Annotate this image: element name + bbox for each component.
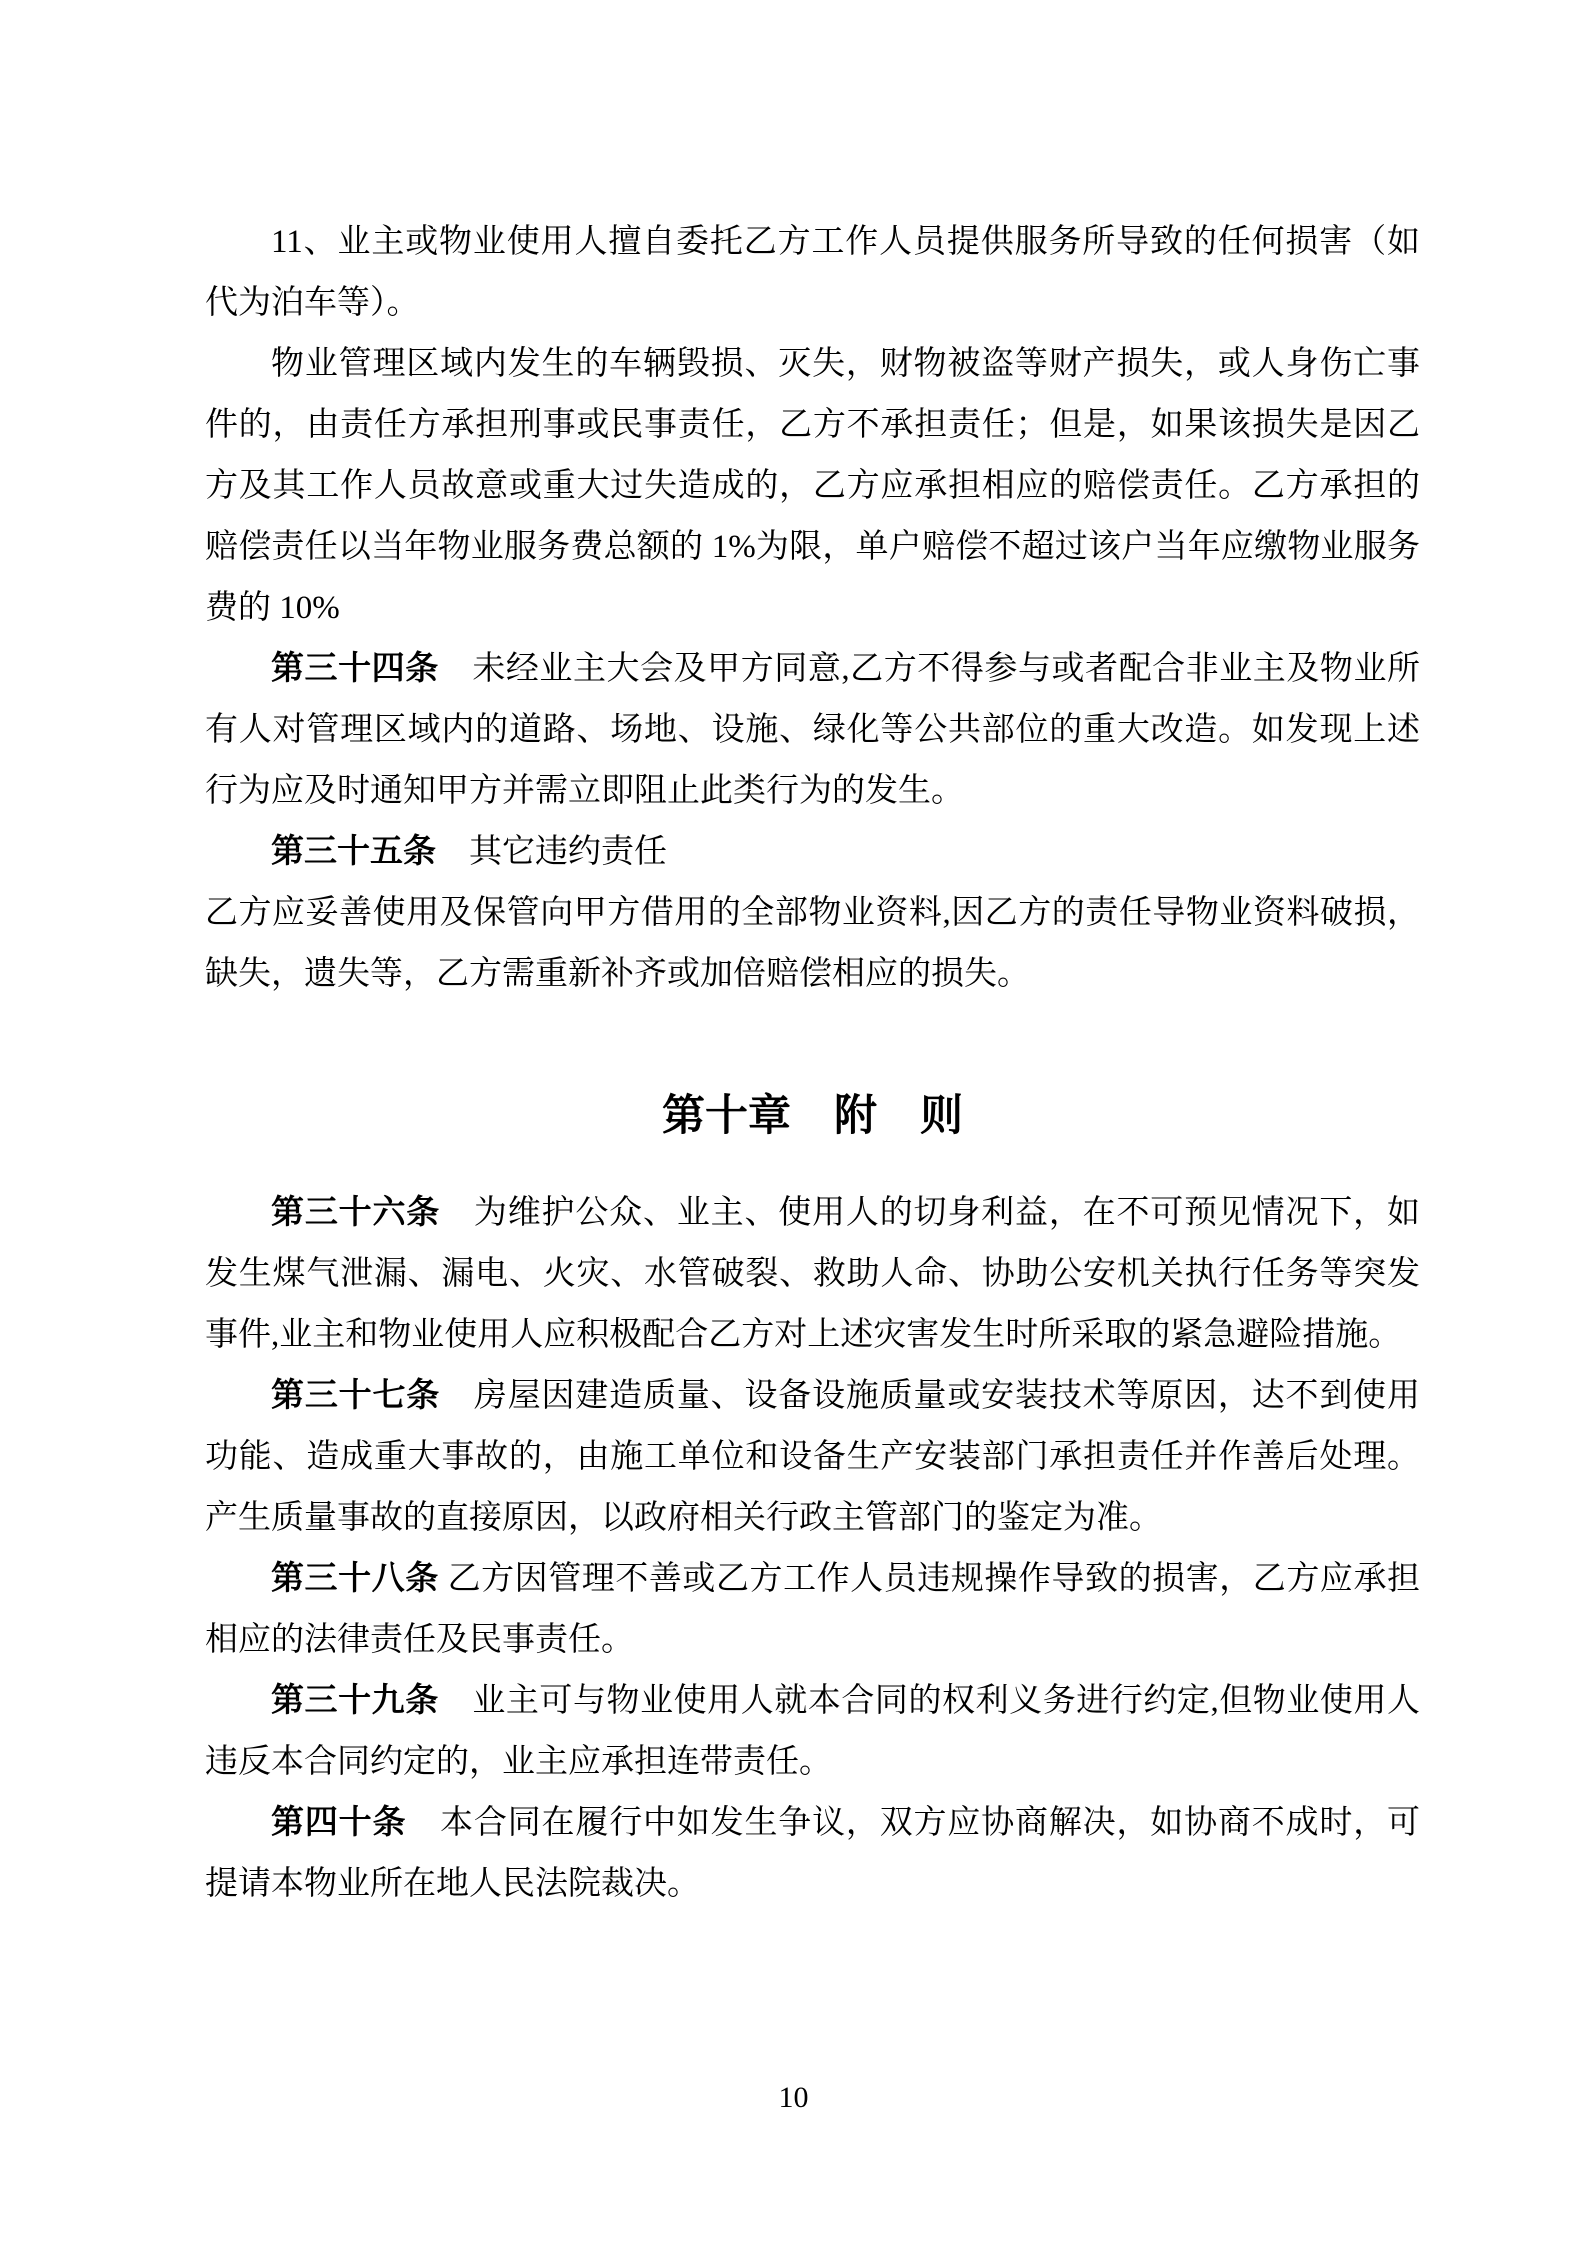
article-37-label: 第三十七条 bbox=[271, 1378, 440, 1414]
page-number: 10 bbox=[0, 2078, 1587, 2118]
article-39-label: 第三十九条 bbox=[271, 1683, 439, 1719]
article-38: 第三十八条 乙方因管理不善或乙方工作人员违规操作导致的损害，乙方应承担相应的法律… bbox=[205, 1549, 1420, 1671]
article-40-label: 第四十条 bbox=[271, 1805, 406, 1841]
article-34: 第三十四条 未经业主大会及甲方同意,乙方不得参与或者配合非业主及物业所有人对管理… bbox=[205, 639, 1420, 822]
article-37: 第三十七条 房屋因建造质量、设备设施质量或安装技术等原因，达不到使用功能、造成重… bbox=[205, 1366, 1420, 1549]
article-35-text: 其它违约责任 bbox=[436, 834, 667, 870]
article-39: 第三十九条 业主可与物业使用人就本合同的权利义务进行约定,但物业使用人违反本合同… bbox=[205, 1671, 1420, 1793]
document-page: 11、业主或物业使用人擅自委托乙方工作人员提供服务所导致的任何损害（如代为泊车等… bbox=[0, 0, 1587, 2245]
article-34-label: 第三十四条 bbox=[271, 651, 439, 687]
article-38-label: 第三十八条 bbox=[271, 1561, 439, 1597]
chapter-10-heading: 第十章 附 则 bbox=[205, 1081, 1420, 1153]
article-35: 第三十五条 其它违约责任 bbox=[205, 822, 1420, 883]
article-40: 第四十条 本合同在履行中如发生争议，双方应协商解决，如协商不成时，可提请本物业所… bbox=[205, 1793, 1420, 1915]
article-36-label: 第三十六条 bbox=[271, 1195, 440, 1231]
vehicle-liability-paragraph: 物业管理区域内发生的车辆毁损、灭失，财物被盗等财产损失，或人身伤亡事件的，由责任… bbox=[205, 334, 1420, 639]
materials-paragraph: 乙方应妥善使用及保管向甲方借用的全部物业资料,因乙方的责任导物业资料破损，缺失，… bbox=[205, 883, 1420, 1005]
contract-body: 11、业主或物业使用人擅自委托乙方工作人员提供服务所导致的任何损害（如代为泊车等… bbox=[205, 212, 1420, 1915]
article-35-label: 第三十五条 bbox=[271, 834, 436, 870]
article-36: 第三十六条 为维护公众、业主、使用人的切身利益，在不可预见情况下，如发生煤气泄漏… bbox=[205, 1183, 1420, 1366]
clause-11-paragraph: 11、业主或物业使用人擅自委托乙方工作人员提供服务所导致的任何损害（如代为泊车等… bbox=[205, 212, 1420, 334]
